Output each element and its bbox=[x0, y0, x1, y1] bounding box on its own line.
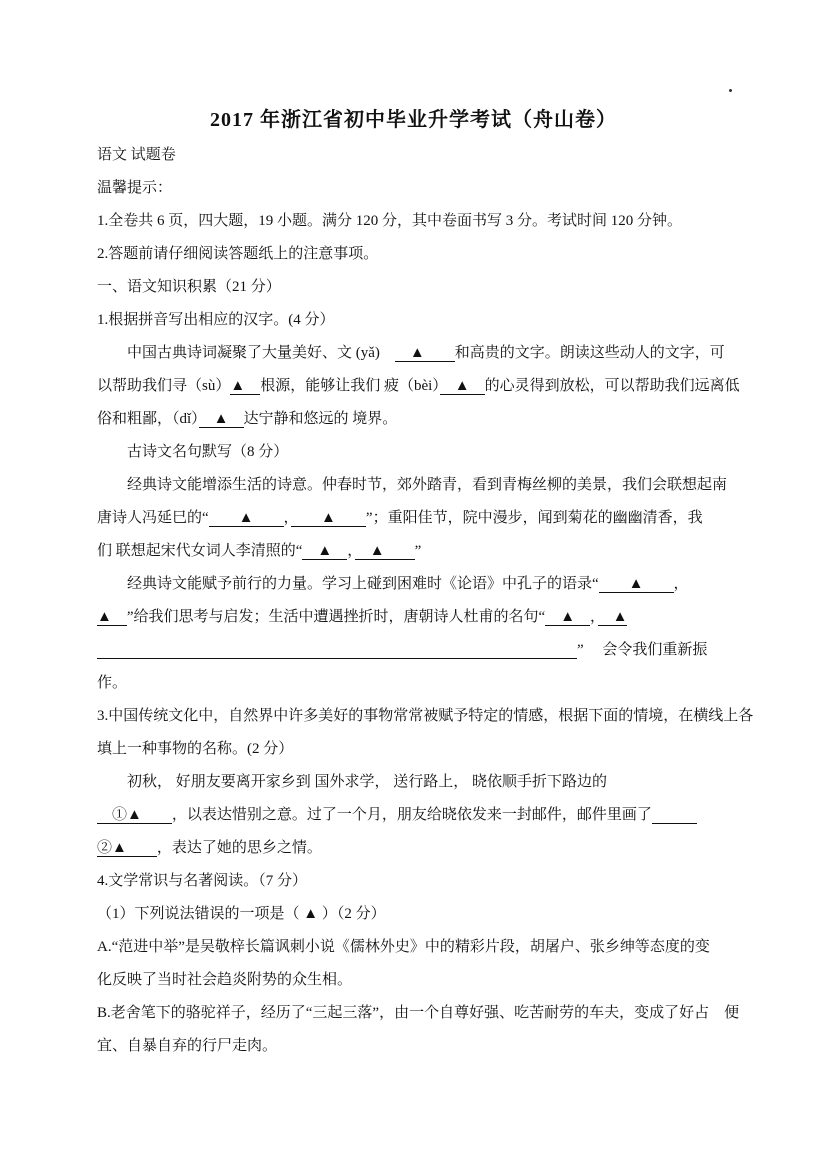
text-line: 经典诗文能赋予前行的力量。学习上碰到困难时《论语》中孔子的语录“ ▲ ， bbox=[97, 568, 745, 601]
text-segment: ” 会令我们重新振 bbox=[577, 642, 707, 658]
text-segment: 3.中国传统文化中，自然界中许多美好的事物常常被赋予特定的情感，根据下面的情境，… bbox=[97, 708, 753, 724]
text-line: 古诗文名句默写（8 分） bbox=[97, 436, 745, 469]
text-segment: 作。 bbox=[97, 675, 127, 691]
text-line: ①▲ ，以表达惜别之意。过了一个月，朋友给晓依发来一封邮件，邮件里画了 bbox=[97, 799, 745, 832]
answer-blank: ▲ bbox=[230, 378, 260, 395]
text-line: 语文 试题卷 bbox=[97, 139, 745, 172]
text-line: 宜、自暴自弃的行尸走肉。 bbox=[97, 1030, 745, 1063]
answer-blank: ▲ bbox=[440, 378, 485, 395]
text-segment: 的心灵得到放松，可以帮助我们远离低 bbox=[485, 378, 740, 394]
text-line: 以帮助我们寻（sù）▲ 根源，能够让我们 疲（bèi） ▲ 的心灵得到放松，可以… bbox=[97, 370, 745, 403]
text-segment: 温馨提示： bbox=[97, 180, 172, 196]
answer-blank: ▲ bbox=[199, 411, 244, 428]
text-segment: 一、语文知识积累（21 分） bbox=[97, 279, 281, 295]
text-line: 4.文学常识与名著阅读。（7 分） bbox=[97, 865, 745, 898]
text-segment: ”；重阳佳节，院中漫步，闻到菊花的幽幽清香，我 bbox=[366, 510, 703, 526]
answer-blank: ▲ bbox=[355, 543, 415, 560]
text-segment: 俗和粗鄙，（dǐ） bbox=[97, 411, 199, 427]
text-line: B.老舍笔下的骆驼祥子，经历了“三起三落”，由一个自尊好强、吃苦耐劳的车夫，变成… bbox=[97, 997, 745, 1030]
text-line: 1.全卷共 6 页，四大题，19 小题。满分 120 分，其中卷面书写 3 分。… bbox=[97, 205, 745, 238]
text-line: 一、语文知识积累（21 分） bbox=[97, 271, 745, 304]
text-segment: ， bbox=[590, 609, 598, 625]
text-segment: 填上一种事物的名称。(2 分） bbox=[97, 741, 293, 757]
text-line: ②▲ ，表达了她的思乡之情。 bbox=[97, 832, 745, 865]
stray-ink-dot bbox=[729, 89, 732, 92]
text-line: 们 联想起宋代女词人李清照的“ ▲ ， ▲ ” bbox=[97, 535, 745, 568]
text-line: 1.根据拼音写出相应的汉字。(4 分） bbox=[97, 304, 745, 337]
text-line: 初秋， 好朋友要离开家乡到 国外求学， 送行路上， 晓依顺手折下路边的 bbox=[97, 766, 745, 799]
text-line: 俗和粗鄙，（dǐ） ▲ 达宁静和悠远的 境界。 bbox=[97, 403, 745, 436]
text-line: 唐诗人冯延巳的“ ▲ ， ▲ ”；重阳佳节，院中漫步，闻到菊花的幽幽清香，我 bbox=[97, 502, 745, 535]
text-line: 化反映了当时社会趋炎附势的众生相。 bbox=[97, 964, 745, 997]
text-segment: 1.全卷共 6 页，四大题，19 小题。满分 120 分，其中卷面书写 3 分。… bbox=[97, 213, 682, 229]
text-segment: A.“范进中举”是吴敬梓长篇讽刺小说《儒林外史》中的精彩片段，胡屠户、张乡绅等态… bbox=[97, 939, 710, 955]
text-segment: 中国古典诗词凝聚了大量美好、文 (yǎ) bbox=[97, 345, 395, 361]
text-line: 经典诗文能增添生活的诗意。仲春时节，郊外踏青，看到青梅丝柳的美景，我们会联想起南 bbox=[97, 469, 745, 502]
text-segment: 经典诗文能赋予前行的力量。学习上碰到困难时《论语》中孔子的语录“ bbox=[97, 576, 599, 592]
text-segment: 唐诗人冯延巳的“ bbox=[97, 510, 209, 526]
text-segment: 1.根据拼音写出相应的汉字。(4 分） bbox=[97, 312, 335, 328]
text-line: 中国古典诗词凝聚了大量美好、文 (yǎ) ▲ 和高贵的文字。朗读这些动人的文字，… bbox=[97, 337, 745, 370]
text-line: 填上一种事物的名称。(2 分） bbox=[97, 733, 745, 766]
text-line: ” 会令我们重新振 bbox=[97, 634, 745, 667]
text-segment: ”给我们思考与启发；生活中遭遇挫折时，唐朝诗人杜甫的名句“ bbox=[127, 609, 545, 625]
text-segment: 以帮助我们寻（sù） bbox=[97, 378, 230, 394]
text-segment: 经典诗文能增添生活的诗意。仲春时节，郊外踏青，看到青梅丝柳的美景，我们会联想起南 bbox=[97, 477, 727, 493]
text-line: （1）下列说法错误的一项是（ ▲ ）（2 分） bbox=[97, 898, 745, 931]
text-segment: 4.文学常识与名著阅读。（7 分） bbox=[97, 873, 307, 889]
text-segment: ，表达了她的思乡之情。 bbox=[157, 840, 322, 856]
text-segment: 2.答题前请仔细阅读答题纸上的注意事项。 bbox=[97, 246, 378, 262]
answer-blank: ▲ bbox=[291, 510, 366, 527]
text-segment: B.老舍笔下的骆驼祥子，经历了“三起三落”，由一个自尊好强、吃苦耐劳的车夫，变成… bbox=[97, 1005, 739, 1021]
answer-blank: ▲ bbox=[302, 543, 347, 560]
text-segment: ， bbox=[674, 576, 689, 592]
text-segment: 化反映了当时社会趋炎附势的众生相。 bbox=[97, 972, 352, 988]
text-segment: ，以表达惜别之意。过了一个月，朋友给晓依发来一封邮件，邮件里画了 bbox=[172, 807, 652, 823]
text-line: 作。 bbox=[97, 667, 745, 700]
text-segment: ” bbox=[415, 543, 422, 559]
answer-blank: ①▲ bbox=[97, 807, 172, 824]
text-segment: 达宁静和悠远的 境界。 bbox=[244, 411, 398, 427]
text-line: 温馨提示： bbox=[97, 172, 745, 205]
answer-blank bbox=[652, 807, 697, 824]
text-segment: 根源，能够让我们 疲（bèi） bbox=[260, 378, 440, 394]
text-segment: ， bbox=[284, 510, 292, 526]
text-line: 2.答题前请仔细阅读答题纸上的注意事项。 bbox=[97, 238, 745, 271]
answer-blank bbox=[97, 642, 577, 659]
text-segment: 古诗文名句默写（8 分） bbox=[97, 444, 288, 460]
text-line: ▲ ”给我们思考与启发；生活中遭遇挫折时，唐朝诗人杜甫的名句“ ▲ ， ▲ bbox=[97, 601, 745, 634]
text-line: 3.中国传统文化中，自然界中许多美好的事物常常被赋予特定的情感，根据下面的情境，… bbox=[97, 700, 745, 733]
answer-blank: ▲ bbox=[209, 510, 284, 527]
text-segment: （1）下列说法错误的一项是（ ▲ ）（2 分） bbox=[97, 906, 386, 922]
page-title: 2017 年浙江省初中毕业升学考试（舟山卷） bbox=[0, 103, 827, 132]
exam-document-body: 语文 试题卷温馨提示：1.全卷共 6 页，四大题，19 小题。满分 120 分，… bbox=[97, 139, 745, 1063]
answer-blank: ▲ bbox=[395, 345, 455, 362]
text-segment: 语文 试题卷 bbox=[97, 147, 176, 163]
text-segment: 和高贵的文字。朗读这些动人的文字，可 bbox=[455, 345, 725, 361]
exam-paper-page: 2017 年浙江省初中毕业升学考试（舟山卷） 语文 试题卷温馨提示：1.全卷共 … bbox=[0, 0, 827, 1169]
text-segment: ， bbox=[347, 543, 355, 559]
answer-blank: ▲ bbox=[545, 609, 590, 626]
text-segment: 宜、自暴自弃的行尸走肉。 bbox=[97, 1038, 277, 1054]
answer-blank: ②▲ bbox=[97, 840, 157, 857]
text-segment: 初秋， 好朋友要离开家乡到 国外求学， 送行路上， 晓依顺手折下路边的 bbox=[97, 774, 607, 790]
answer-blank: ▲ bbox=[598, 609, 628, 626]
answer-blank: ▲ bbox=[599, 576, 674, 593]
answer-blank: ▲ bbox=[97, 609, 127, 626]
text-line: A.“范进中举”是吴敬梓长篇讽刺小说《儒林外史》中的精彩片段，胡屠户、张乡绅等态… bbox=[97, 931, 745, 964]
text-segment: 们 联想起宋代女词人李清照的“ bbox=[97, 543, 302, 559]
